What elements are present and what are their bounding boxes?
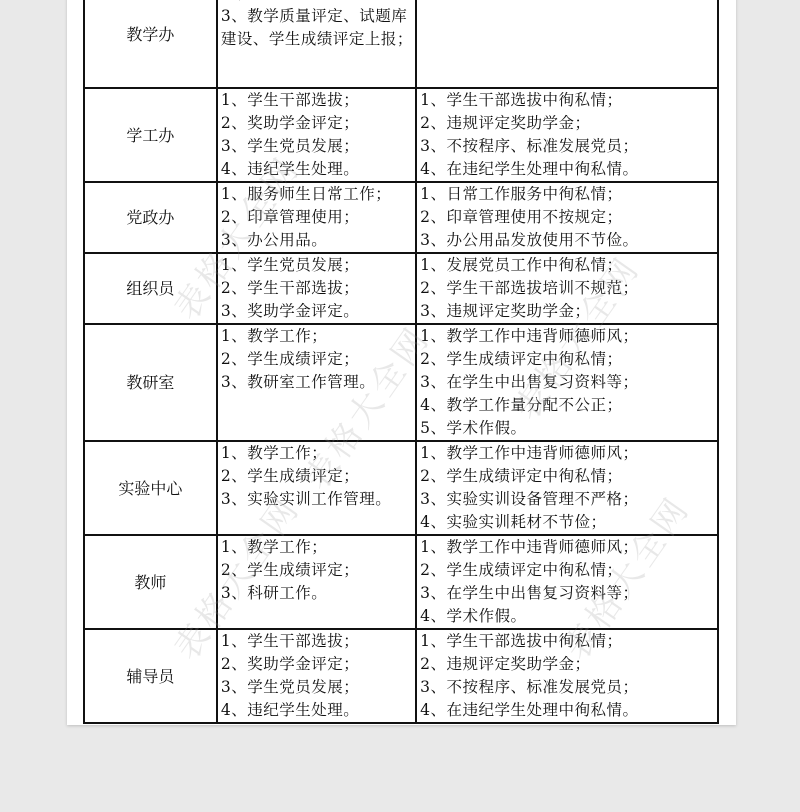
risk-item: 4、在违纪学生处理中徇私情。 (420, 158, 717, 181)
department-cell: 教师 (84, 535, 217, 629)
table-row: 实验中心1、教学工作；2、学生成绩评定；3、实验实训工作管理。1、教学工作中违背… (84, 441, 718, 535)
risk-item: 1、发展党员工作中徇私情； (420, 254, 717, 277)
risk-item: 3、不按程序、标准发展党员； (420, 676, 717, 699)
risk-item: 1、教学工作中违背师德师风； (420, 442, 717, 465)
duty-item: 1、教学工作； (221, 325, 415, 348)
risks-cell: 1、教学工作中违背师德师风；2、学生成绩评定中徇私情；3、在学生中出售复习资料等… (416, 535, 718, 629)
duty-item: 2、学生成绩评定； (221, 348, 415, 371)
risk-table-body: 教学办报；3、教学质量评定、试题库建设、学生成绩评定上报；资料等。学工办1、学生… (84, 0, 718, 723)
risk-item: 2、违规评定奖助学金； (420, 653, 717, 676)
table-row: 教学办报；3、教学质量评定、试题库建设、学生成绩评定上报；资料等。 (84, 0, 718, 88)
department-cell: 辅导员 (84, 629, 217, 723)
risk-item: 2、学生成绩评定中徇私情； (420, 348, 717, 371)
duties-cell: 1、教学工作；2、学生成绩评定；3、科研工作。 (217, 535, 416, 629)
duty-item: 2、奖助学金评定； (221, 112, 415, 135)
risks-cell: 1、发展党员工作中徇私情；2、学生干部选拔培训不规范；3、违规评定奖助学金； (416, 253, 718, 324)
duty-item: 3、奖助学金评定。 (221, 300, 415, 323)
risk-item: 1、学生干部选拔中徇私情； (420, 89, 717, 112)
risk-item: 4、学术作假。 (420, 605, 717, 628)
duties-cell: 1、学生干部选拔；2、奖助学金评定；3、学生党员发展；4、违纪学生处理。 (217, 629, 416, 723)
duties-cell: 1、教学工作；2、学生成绩评定；3、教研室工作管理。 (217, 324, 416, 441)
department-cell: 教学办 (84, 0, 217, 88)
risk-item: 3、不按程序、标准发展党员； (420, 135, 717, 158)
duty-item: 3、办公用品。 (221, 229, 415, 252)
risk-item: 2、学生成绩评定中徇私情； (420, 465, 717, 488)
risk-item: 4、实验实训耗材不节俭； (420, 511, 717, 534)
risks-cell: 1、学生干部选拔中徇私情；2、违规评定奖助学金；3、不按程序、标准发展党员；4、… (416, 88, 718, 182)
risks-cell: 资料等。 (416, 0, 718, 88)
duties-cell: 1、服务师生日常工作；2、印章管理使用；3、办公用品。 (217, 182, 416, 253)
duties-cell: 1、学生干部选拔；2、奖助学金评定；3、学生党员发展；4、违纪学生处理。 (217, 88, 416, 182)
risk-table: 教学办报；3、教学质量评定、试题库建设、学生成绩评定上报；资料等。学工办1、学生… (83, 0, 719, 724)
risk-item: 5、学术作假。 (420, 417, 717, 440)
duty-item: 1、教学工作； (221, 442, 415, 465)
department-cell: 实验中心 (84, 441, 217, 535)
duty-item: 2、奖助学金评定； (221, 653, 415, 676)
department-cell: 学工办 (84, 88, 217, 182)
table-row: 教研室1、教学工作；2、学生成绩评定；3、教研室工作管理。1、教学工作中违背师德… (84, 324, 718, 441)
duty-item: 1、教学工作； (221, 536, 415, 559)
risk-item: 1、学生干部选拔中徇私情； (420, 630, 717, 653)
risks-cell: 1、日常工作服务中徇私情；2、印章管理使用不按规定；3、办公用品发放使用不节俭。 (416, 182, 718, 253)
risk-item: 4、教学工作量分配不公正； (420, 394, 717, 417)
table-row: 党政办1、服务师生日常工作；2、印章管理使用；3、办公用品。1、日常工作服务中徇… (84, 182, 718, 253)
risk-item: 4、在违纪学生处理中徇私情。 (420, 699, 717, 722)
duty-item: 3、学生党员发展； (221, 135, 415, 158)
risks-cell: 1、教学工作中违背师德师风；2、学生成绩评定中徇私情；3、实验实训设备管理不严格… (416, 441, 718, 535)
duty-item: 2、印章管理使用； (221, 206, 415, 229)
department-cell: 党政办 (84, 182, 217, 253)
duty-item: 1、学生干部选拔； (221, 89, 415, 112)
duty-item: 4、违纪学生处理。 (221, 158, 415, 181)
risk-item: 1、日常工作服务中徇私情； (420, 183, 717, 206)
duty-item: 2、学生干部选拔； (221, 277, 415, 300)
risk-item: 3、实验实训设备管理不严格； (420, 488, 717, 511)
duty-item: 1、学生干部选拔； (221, 630, 415, 653)
risk-item: 3、办公用品发放使用不节俭。 (420, 229, 717, 252)
duties-cell: 报；3、教学质量评定、试题库建设、学生成绩评定上报； (217, 0, 416, 88)
risk-item: 3、违规评定奖助学金； (420, 300, 717, 323)
duty-item: 1、服务师生日常工作； (221, 183, 415, 206)
duties-cell: 1、教学工作；2、学生成绩评定；3、实验实训工作管理。 (217, 441, 416, 535)
duty-item: 3、实验实训工作管理。 (221, 488, 415, 511)
risks-cell: 1、学生干部选拔中徇私情；2、违规评定奖助学金；3、不按程序、标准发展党员；4、… (416, 629, 718, 723)
duties-cell: 1、学生党员发展；2、学生干部选拔；3、奖助学金评定。 (217, 253, 416, 324)
duty-item: 1、学生党员发展； (221, 254, 415, 277)
duty-item: 3、教研室工作管理。 (221, 371, 415, 394)
risk-item: 3、在学生中出售复习资料等； (420, 582, 717, 605)
department-cell: 组织员 (84, 253, 217, 324)
duty-item: 2、学生成绩评定； (221, 559, 415, 582)
table-row: 教师1、教学工作；2、学生成绩评定；3、科研工作。1、教学工作中违背师德师风；2… (84, 535, 718, 629)
department-cell: 教研室 (84, 324, 217, 441)
risk-item: 1、教学工作中违背师德师风； (420, 536, 717, 559)
risk-item: 2、学生成绩评定中徇私情； (420, 559, 717, 582)
risk-item: 2、违规评定奖助学金； (420, 112, 717, 135)
table-row: 辅导员1、学生干部选拔；2、奖助学金评定；3、学生党员发展；4、违纪学生处理。1… (84, 629, 718, 723)
risks-cell: 1、教学工作中违背师德师风；2、学生成绩评定中徇私情；3、在学生中出售复习资料等… (416, 324, 718, 441)
duty-item: 3、学生党员发展； (221, 676, 415, 699)
table-row: 学工办1、学生干部选拔；2、奖助学金评定；3、学生党员发展；4、违纪学生处理。1… (84, 88, 718, 182)
duty-item: 3、教学质量评定、试题库建设、学生成绩评定上报； (221, 5, 415, 51)
duty-item: 4、违纪学生处理。 (221, 699, 415, 722)
risk-item: 1、教学工作中违背师德师风； (420, 325, 717, 348)
risk-item: 资料等。 (420, 0, 717, 5)
risk-item: 3、在学生中出售复习资料等； (420, 371, 717, 394)
duty-item: 2、学生成绩评定； (221, 465, 415, 488)
risk-item: 2、学生干部选拔培训不规范； (420, 277, 717, 300)
table-row: 组织员1、学生党员发展；2、学生干部选拔；3、奖助学金评定。1、发展党员工作中徇… (84, 253, 718, 324)
duty-item: 3、科研工作。 (221, 582, 415, 605)
risk-item: 2、印章管理使用不按规定； (420, 206, 717, 229)
